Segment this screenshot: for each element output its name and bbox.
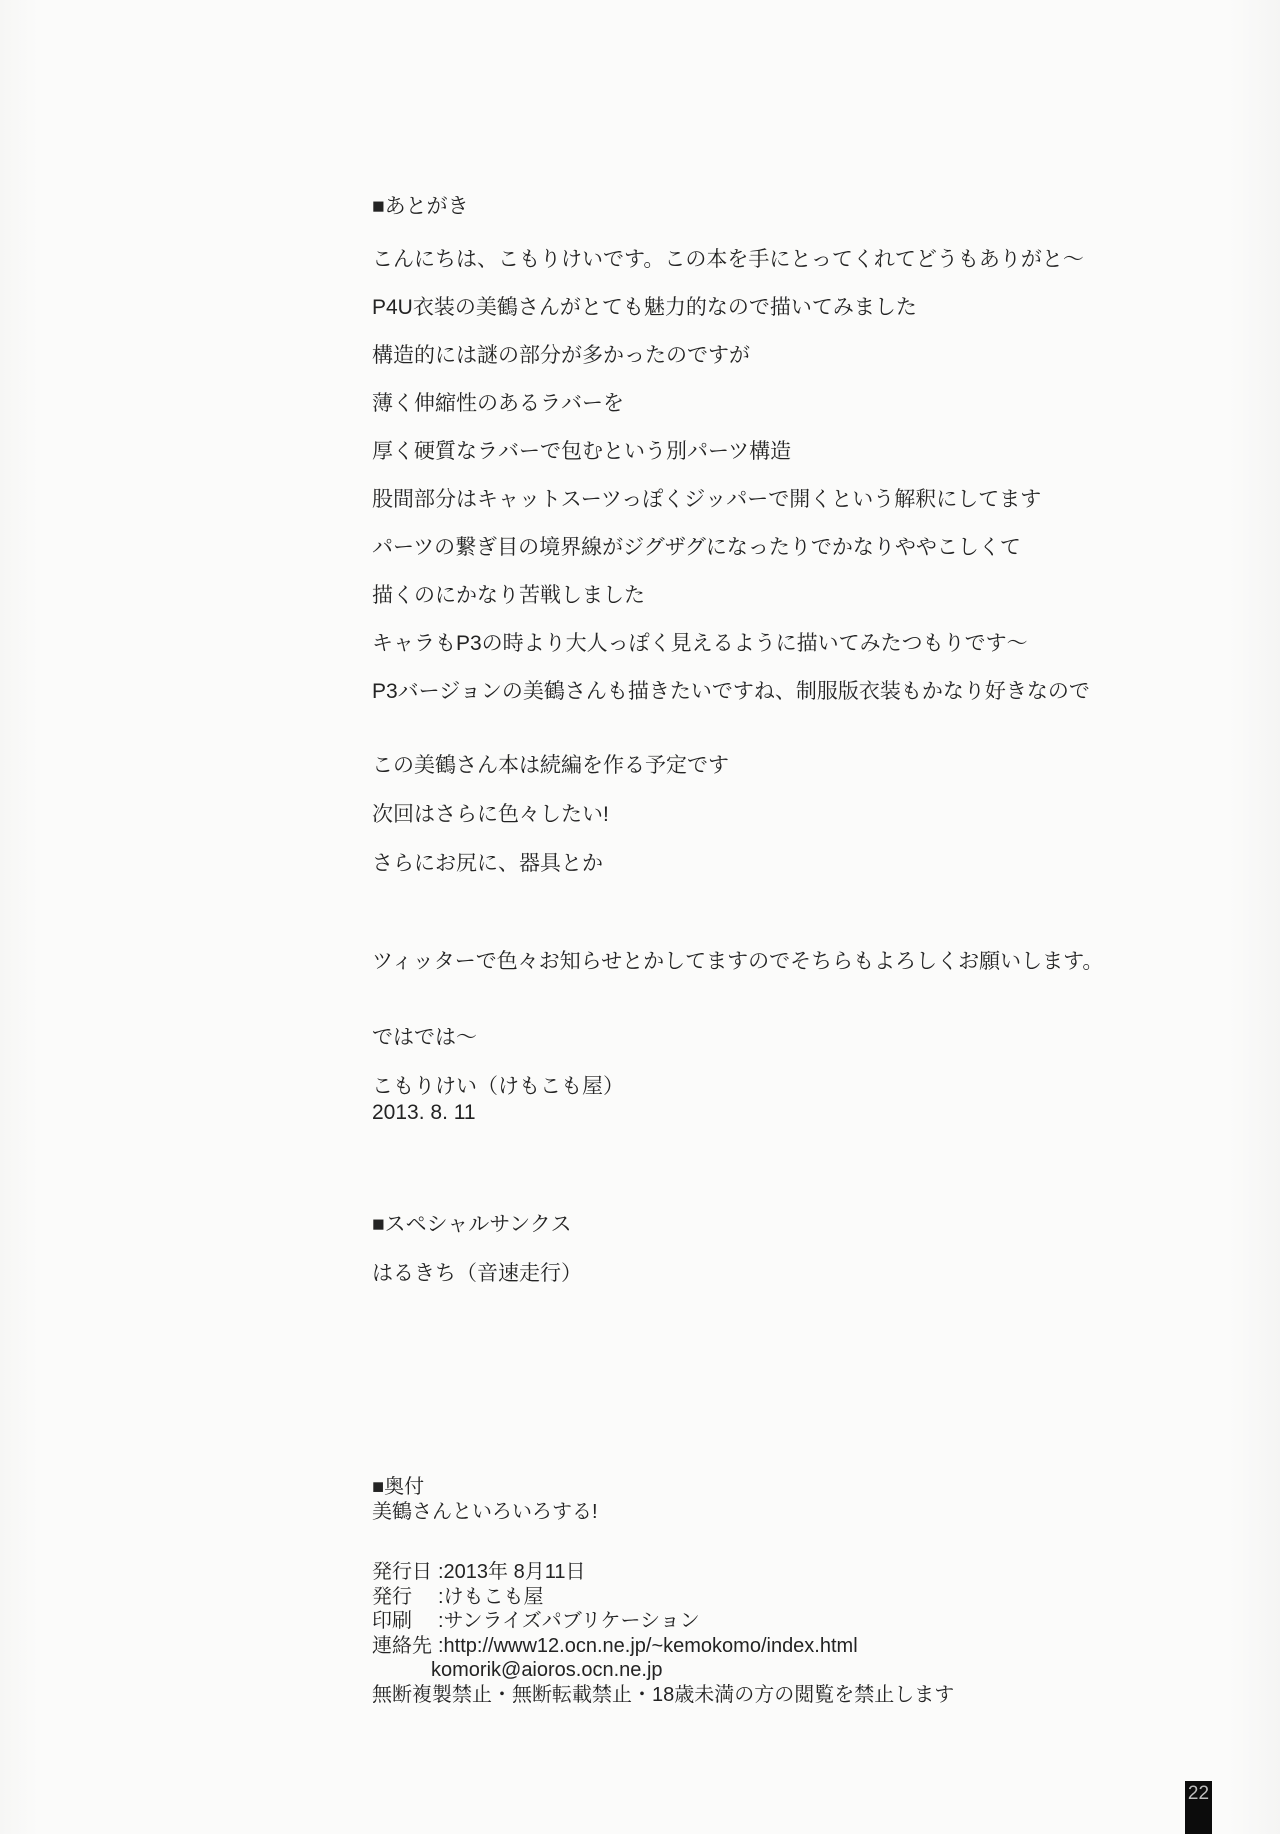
colophon-section: ■奥付 美鶴さんといろいろする! 発行日:2013年 8月11日 発行:けもこも… xyxy=(372,1475,954,1707)
page-number-tab: 22 xyxy=(1185,1781,1212,1834)
colophon-value: :サンライズパブリケーション xyxy=(438,1610,700,1632)
afterword-plan-line: 次回はさらに色々したい! xyxy=(372,802,729,828)
afterword-plans: この美鶴さん本は続編を作る予定です 次回はさらに色々したい! さらにお尻に、器具… xyxy=(372,753,729,900)
afterword-line: P3バージョンの美鶴さんも描きたいですね、制服版衣装もかなり好きなので xyxy=(372,679,1090,705)
afterword-line: 厚く硬質なラバーで包むという別パーツ構造 xyxy=(372,439,1090,465)
afterword-plan-line: この美鶴さん本は続編を作る予定です xyxy=(372,753,729,779)
colophon-label: 発行日 xyxy=(372,1560,438,1585)
afterword-paragraphs: こんにちは、こもりけいです。この本を手にとってくれてどうもありがと～ P4U衣装… xyxy=(372,247,1090,727)
colophon-rows: 発行日:2013年 8月11日 発行:けもこも屋 印刷:サンライズパブリケーショ… xyxy=(372,1560,954,1707)
afterword-line: 股間部分はキャットスーツっぽくジッパーで開くという解釈にしてます xyxy=(372,487,1090,513)
afterword-plan-line: さらにお尻に、器具とか xyxy=(372,851,729,877)
colophon-header: ■奥付 xyxy=(372,1475,954,1500)
afterword-line: 描くのにかなり苦戦しました xyxy=(372,583,1090,609)
afterword-line: 構造的には謎の部分が多かったのですが xyxy=(372,343,1090,369)
afterword-section-header: ■あとがき xyxy=(372,194,469,220)
contact-url-text: :http://www12.ocn.ne.jp/~kemokomo/index.… xyxy=(438,1635,858,1657)
colophon-row-printer: 印刷:サンライズパブリケーション xyxy=(372,1609,954,1634)
special-thanks-header: ■スペシャルサンクス xyxy=(372,1212,582,1238)
colophon-label: 発行 xyxy=(372,1585,438,1610)
colophon-row-publisher: 発行:けもこも屋 xyxy=(372,1585,954,1610)
copyright-notice: 無断複製禁止・無断転載禁止・18歳未満の方の閲覧を禁止します xyxy=(372,1683,954,1708)
afterword-line: 薄く伸縮性のあるラバーを xyxy=(372,391,1090,417)
afterword-line: キャラもP3の時より大人っぽく見えるように描いてみたつもりです～ xyxy=(372,631,1090,657)
scanned-afterword-page: ■あとがき こんにちは、こもりけいです。この本を手にとってくれてどうもありがと～… xyxy=(0,0,1280,1834)
colophon-row-publish-date: 発行日:2013年 8月11日 xyxy=(372,1560,954,1585)
closing-line: ではでは～ xyxy=(372,1025,477,1051)
twitter-note: ツィッターで色々お知らせとかしてますのでそちらもよろしくお願いします。 xyxy=(372,949,1103,975)
signature-block: こもりけい（けもこも屋） 2013. 8. 11 xyxy=(372,1074,624,1126)
page-number: 22 xyxy=(1188,1783,1209,1804)
special-thanks-section: ■スペシャルサンクス はるきち（音速走行） xyxy=(372,1212,582,1287)
book-title: 美鶴さんといろいろする! xyxy=(372,1500,954,1525)
colophon-row-contact-email: komorik@aioros.ocn.ne.jp xyxy=(372,1658,954,1683)
contact-email-text: komorik@aioros.ocn.ne.jp xyxy=(431,1659,663,1681)
author-signature: こもりけい（けもこも屋） xyxy=(372,1074,624,1100)
afterword-line: こんにちは、こもりけいです。この本を手にとってくれてどうもありがと～ xyxy=(372,247,1090,273)
colophon-row-contact-url: 連絡先:http://www12.ocn.ne.jp/~kemokomo/ind… xyxy=(372,1634,954,1659)
colophon-label: 印刷 xyxy=(372,1609,438,1634)
signature-date: 2013. 8. 11 xyxy=(372,1100,624,1126)
colophon-value: :2013年 8月11日 xyxy=(438,1561,586,1583)
afterword-line: パーツの繋ぎ目の境界線がジグザグになったりでかなりややこしくて xyxy=(372,535,1090,561)
afterword-line: P4U衣装の美鶴さんがとても魅力的なので描いてみました xyxy=(372,295,1090,321)
colophon-label: 連絡先 xyxy=(372,1634,438,1659)
special-thanks-name: はるきち（音速走行） xyxy=(372,1261,582,1287)
colophon-value: :けもこも屋 xyxy=(438,1586,544,1608)
